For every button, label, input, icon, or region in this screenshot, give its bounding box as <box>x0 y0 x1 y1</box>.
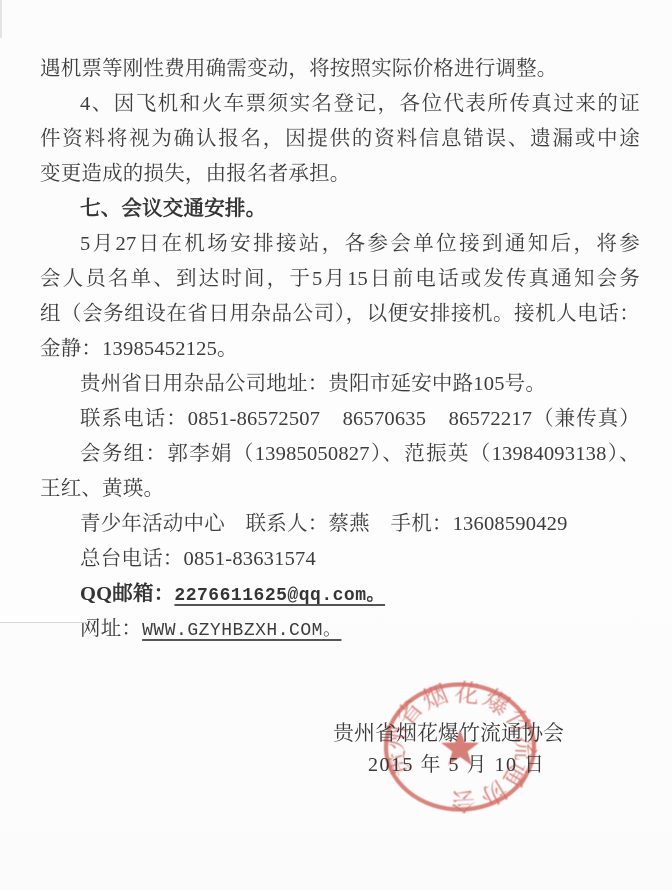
text-line: 金静：13985452125。 <box>40 332 640 367</box>
text-line: 网址：WWW.GZYHBZXH.COM。 <box>40 612 640 647</box>
text-line: 联系电话：0851-86572507 86570635 86572217（兼传真… <box>40 402 640 437</box>
text-segment: 七、会议交通安排。 <box>80 198 266 220</box>
scanned-document-page: { "page": { "background": "#fcfcfc", "te… <box>0 0 672 890</box>
text-segment: 青少年活动中心 联系人：蔡燕 手机：13608590429 <box>80 513 568 535</box>
text-line: 组（会务组设在省日用杂品公司），以便安排接机。接机人电话： <box>40 297 640 332</box>
text-line: 会务组：郭李娟（13985050827）、范振英（13984093138）、 <box>40 437 640 472</box>
text-segment: 网址： <box>80 618 142 640</box>
text-line: 七、会议交通安排。 <box>40 192 640 227</box>
text-segment: 王红、黄瑛。 <box>40 478 164 500</box>
document-date: 2015 年 5 月 10 日 <box>368 748 546 783</box>
text-segment: 会人员名单、到达时间，于5月15日前电话或发传真通知会务 <box>40 268 640 290</box>
text-line: 总台电话：0851-83631574 <box>40 542 640 577</box>
text-segment: 贵州省日用杂品公司地址：贵阳市延安中路105号。 <box>80 373 546 395</box>
text-line: 件资料将视为确认报名，因提供的资料信息错误、遗漏或中途 <box>40 122 640 157</box>
organization-name: 贵州省烟花爆竹流通协会 <box>333 716 564 751</box>
text-segment: 5月27日在机场安排接站，各参会单位接到通知后，将参 <box>80 233 640 255</box>
text-segment: QQ邮箱： <box>80 583 174 605</box>
text-line: 5月27日在机场安排接站，各参会单位接到通知后，将参 <box>40 227 640 262</box>
text-segment: 会务组：郭李娟（13985050827）、范振英（13984093138）、 <box>80 443 640 465</box>
seal-character: 花 <box>453 679 481 709</box>
text-segment: 总台电话：0851-83631574 <box>80 548 316 570</box>
seal-character: 会 <box>450 786 476 815</box>
text-segment: 遇机票等刚性费用确需变动，将按照实际价格进行调整。 <box>40 58 558 80</box>
text-line: 变更造成的损失，由报名者承担。 <box>40 157 640 192</box>
text-segment: 组（会务组设在省日用杂品公司），以便安排接机。接机人电话： <box>40 303 640 325</box>
text-line: 青少年活动中心 联系人：蔡燕 手机：13608590429 <box>40 507 640 542</box>
text-segment: 件资料将视为确认报名，因提供的资料信息错误、遗漏或中途 <box>40 128 640 150</box>
text-line: 贵州省日用杂品公司地址：贵阳市延安中路105号。 <box>40 367 640 402</box>
link-text: 2276611625@qq.com。 <box>174 586 385 606</box>
text-line: 王红、黄瑛。 <box>40 472 640 507</box>
text-line: 会人员名单、到达时间，于5月15日前电话或发传真通知会务 <box>40 262 640 297</box>
scan-edge-artifact <box>0 0 2 38</box>
document-lines: 遇机票等刚性费用确需变动，将按照实际价格进行调整。4、因飞机和火车票须实名登记，… <box>40 52 640 647</box>
text-segment: 金静：13985452125。 <box>40 338 238 360</box>
text-segment: 联系电话：0851-86572507 86570635 86572217（兼传真… <box>80 408 640 430</box>
text-segment: 变更造成的损失，由报名者承担。 <box>40 163 351 185</box>
link-text: WWW.GZYHBZXH.COM。 <box>142 621 341 641</box>
text-line: 4、因飞机和火车票须实名登记，各位代表所传真过来的证 <box>40 87 640 122</box>
text-segment: 4、因飞机和火车票须实名登记，各位代表所传真过来的证 <box>80 93 640 115</box>
text-line: 遇机票等刚性费用确需变动，将按照实际价格进行调整。 <box>40 52 640 87</box>
scan-artifact-line <box>0 616 87 623</box>
text-line: QQ邮箱：2276611625@qq.com。 <box>40 577 640 612</box>
